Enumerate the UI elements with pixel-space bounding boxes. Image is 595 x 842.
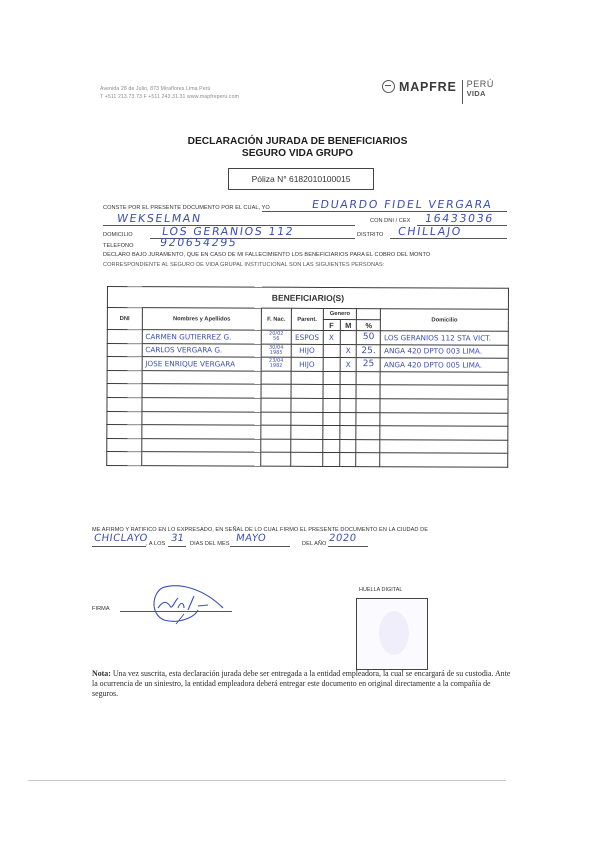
cell-parent[interactable]: HIJO [291,344,323,358]
logo-separator [462,80,463,104]
fnac-year: 56 [262,337,291,342]
cell-m[interactable] [340,371,357,385]
cell-f[interactable] [323,371,340,385]
cell-m[interactable] [340,331,357,345]
dni-label: CON DNI / CEX [370,218,410,224]
cell-parent[interactable]: ESPOS [291,330,323,344]
a-los-label: , A LOS [146,541,165,547]
cell-m[interactable] [339,439,356,453]
cell-domicilio[interactable] [380,412,508,426]
col-m: M [340,320,357,331]
cell-parent[interactable] [291,398,323,412]
beneficiaries-title: BENEFICIARIO(S) [107,287,508,310]
declarant-distrito: CHILLAJO [397,225,463,238]
cell-domicilio[interactable]: LOS GERANIOS 112 STA VICT. [381,331,509,345]
nota-paragraph: Nota: Una vez suscrita, esta declaración… [92,669,512,699]
declaration-line-2: CORRESPONDIENTE AL SEGURO DE VIDA GRUPAL… [103,262,384,268]
cell-pct[interactable] [356,412,380,426]
cell-fnac[interactable] [261,453,291,467]
fnac-year: 1982 [262,364,291,369]
company-address: Avenida 28 de Julio, 873 Miraflores Lima… [100,86,239,101]
cell-dni[interactable] [107,357,142,371]
cell-fnac[interactable]: 23/041982 [261,357,291,371]
cell-fnac[interactable] [261,371,291,385]
cell-m[interactable] [339,398,356,412]
anio-value: 2020 [328,533,357,544]
cell-parent[interactable] [291,385,323,399]
cell-nombres[interactable] [142,370,262,384]
cell-nombres[interactable] [141,438,261,452]
document-title: DECLARACIÓN JURADA DE BENEFICIARIOS [0,136,595,147]
cell-dni[interactable] [107,452,142,466]
col-dni: DNI [107,308,142,330]
cell-dni[interactable] [107,438,142,452]
cell-dni[interactable] [107,425,142,439]
cell-pct[interactable] [357,371,381,385]
cell-pct[interactable] [356,453,380,467]
anio-label: DEL AÑO [302,541,326,547]
cell-m[interactable]: X [340,358,357,372]
dia-value: 31 [170,533,184,544]
cell-m[interactable] [339,426,356,440]
policy-number-box: Póliza N° 6182010100015 [228,168,374,190]
cell-fnac[interactable] [261,439,291,453]
name-field-line-2[interactable]: WEKSELMAN [103,212,355,226]
mes-label: DIAS DEL MES [190,541,230,547]
declarant-dni: 16433036 [424,212,495,225]
cell-fnac[interactable] [261,425,291,439]
ciudad-field[interactable]: CHICLAYO [92,534,146,547]
cell-f[interactable] [323,426,340,440]
bottom-divider [28,780,506,781]
cell-pct[interactable] [356,426,380,440]
cell-pct[interactable] [356,399,380,413]
cell-f[interactable] [323,344,340,358]
fingerprint-box [356,598,428,670]
col-parent: Parent. [291,308,323,330]
cell-domicilio[interactable] [380,453,508,467]
huella-label: HUELLA DIGITAL [359,587,402,593]
cell-domicilio[interactable] [380,371,508,385]
cell-nombres[interactable]: CARLOS VERGARA G. [142,343,262,357]
logo-unit: VIDA [467,89,494,99]
cell-parent[interactable] [291,453,323,467]
col-pct: % [357,320,381,331]
cell-pct[interactable]: 25. [357,344,381,358]
cell-fnac[interactable]: 20/0256 [261,330,291,344]
col-domicilio: Domicilio [381,309,509,332]
ciudad-value: CHICLAYO [93,533,148,544]
cell-dni[interactable] [107,411,142,425]
beneficiaries-table: BENEFICIARIO(S) DNI Nombres y Apellidos … [106,286,509,468]
cell-dni[interactable] [107,370,142,384]
cell-domicilio[interactable] [380,439,508,453]
cell-nombres[interactable] [142,384,262,398]
cell-f[interactable] [323,385,340,399]
intro-label: CONSTE POR EL PRESENTE DOCUMENTO POR EL … [103,205,270,211]
cell-domicilio[interactable]: ANGA 420 DPTO 003 LIMA. [380,344,508,358]
cell-m[interactable]: X [340,344,357,358]
cell-f[interactable] [322,453,339,467]
cell-fnac[interactable]: 30/041985 [261,344,291,358]
table-row [107,452,508,467]
firma-label: FIRMA [92,606,110,612]
address-line-1: Avenida 28 de Julio, 873 Miraflores Lima… [100,86,239,94]
dni-field[interactable]: 16433036 [417,212,507,226]
logo-brand: MAPFRE [399,79,457,95]
cell-parent[interactable] [291,425,323,439]
cell-f[interactable] [323,358,340,372]
mapfre-logo: MAPFRE PERÚ VIDA [382,79,494,109]
cell-nombres[interactable]: JOSE ENRIQUE VERGARA [142,357,262,371]
col-f: F [323,319,340,330]
cell-parent[interactable] [291,371,323,385]
nota-text: Una vez suscrita, esta declaración jurad… [92,669,510,698]
cell-pct[interactable] [356,385,380,399]
cell-fnac[interactable] [261,398,291,412]
cell-nombres[interactable] [142,398,262,412]
cell-parent[interactable]: HIJO [291,357,323,371]
distrito-label: DISTRITO [357,232,383,238]
nota-label: Nota: [92,669,111,678]
declaration-line-1: DECLARO BAJO JURAMENTO, QUE EN CASO DE M… [103,252,430,258]
address-line-2: T +511 213.73.73 F +511 243.31.31 www.ma… [100,94,239,102]
declarant-name-part1: EDUARDO FIDEL VERGARA [311,198,493,211]
cell-nombres[interactable] [141,452,261,466]
cell-f[interactable]: X [323,330,340,344]
cell-dni[interactable] [107,397,142,411]
signature-drawing [148,580,238,630]
cell-domicilio[interactable] [380,426,508,440]
dia-field[interactable]: 31 [168,534,186,547]
cell-dni[interactable] [107,343,142,357]
logo-country: PERÚ [467,79,494,89]
telefono-label: TELEFONO [103,243,134,249]
cell-domicilio[interactable]: ANGA 420 DPTO 005 LIMA. [380,358,508,372]
cell-nombres[interactable] [141,425,261,439]
col-genero: Genero [323,308,357,319]
cell-pct[interactable] [356,439,380,453]
domicilio-label: DOMICILIO [103,232,133,238]
cell-m[interactable] [339,453,356,467]
fnac-year: 1985 [262,351,291,356]
cell-domicilio[interactable] [380,385,508,399]
mapfre-emblem-icon [382,80,395,93]
cell-m[interactable] [339,412,356,426]
cell-fnac[interactable] [261,412,291,426]
mes-value: MAYO [235,533,267,544]
cell-parent[interactable] [291,412,323,426]
cell-dni[interactable] [107,330,142,344]
cell-fnac[interactable] [261,385,291,399]
cell-domicilio[interactable] [380,399,508,413]
cell-nombres[interactable]: CARMEN GUTIERREZ G. [142,330,262,344]
col-nombres: Nombres y Apellidos [142,308,262,331]
mes-field[interactable]: MAYO [230,534,290,547]
name-field-line-1[interactable]: EDUARDO FIDEL VERGARA [262,198,507,212]
logo-subtitle: PERÚ VIDA [467,79,494,99]
cell-nombres[interactable] [141,411,261,425]
cell-f[interactable] [323,412,340,426]
cell-parent[interactable] [291,439,323,453]
cell-pct[interactable]: 25 [357,358,381,372]
col-pct-spacer [357,309,381,320]
cell-m[interactable] [340,385,357,399]
telefono-field[interactable]: 920654295 [150,236,355,249]
cell-dni[interactable] [107,384,142,398]
cell-pct[interactable]: 50 [357,331,381,345]
col-fnac: F. Nac. [261,308,291,330]
declarant-telefono: 920654295 [159,236,238,249]
cell-f[interactable] [322,439,339,453]
declarant-name-part2: WEKSELMAN [116,212,203,225]
cell-f[interactable] [323,398,340,412]
distrito-field[interactable]: CHILLAJO [390,225,507,239]
anio-field[interactable]: 2020 [328,534,368,547]
document-subtitle: SEGURO VIDA GRUPO [0,148,595,159]
